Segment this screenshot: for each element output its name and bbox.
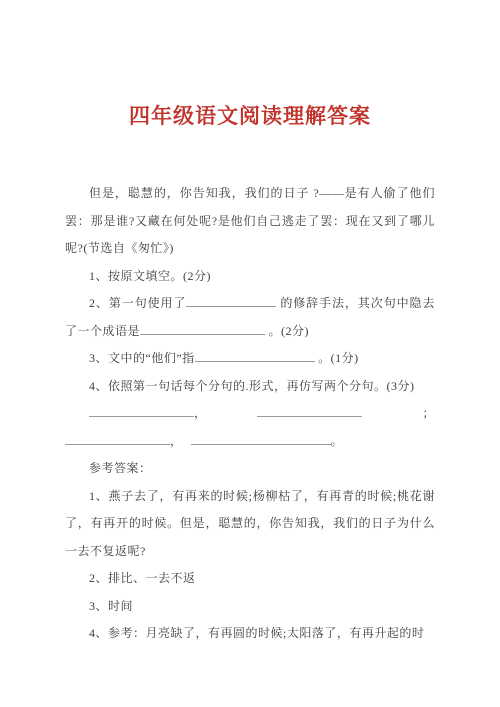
document-page: 四年级语文阅读理解答案 但是，聪慧的，你告知我，我们的日子 ?——是有人偷了他们… <box>0 0 500 707</box>
fill-in-blank-line <box>195 347 315 362</box>
fill-in-blank-line <box>257 402 362 417</box>
answers-heading: 参考答案： <box>65 455 435 483</box>
fill-in-blank-line <box>140 320 265 335</box>
document-body: 但是，聪慧的，你告知我，我们的日子 ?——是有人偷了他们罢：那是谁?又藏在何处呢… <box>65 180 435 648</box>
question-2-text-pre: 2、第一句使用了 <box>89 296 186 310</box>
fill-in-blank-line <box>89 402 194 417</box>
fill-in-blank-line <box>191 430 331 445</box>
answer-blank-row-1: ；， <box>65 400 435 428</box>
blank-row-2-comma: ， <box>170 434 183 448</box>
question-3-text-post: 。(1分) <box>315 351 359 365</box>
blank-row-1-semicolon: ； <box>398 400 435 428</box>
question-3-text-pre: 3、文中的“他们”指 <box>89 351 195 365</box>
question-4: 4、依照第一句话每个分句的.形式，再仿写两个分句。(3分) <box>65 373 435 401</box>
passage-paragraph: 但是，聪慧的，你告知我，我们的日子 ?——是有人偷了他们罢：那是谁?又藏在何处呢… <box>65 180 435 263</box>
blank-row-1-comma: ， <box>194 406 207 420</box>
answer-blank-row-2: ，。 <box>65 428 435 456</box>
blank-row-2-period: 。 <box>331 434 344 448</box>
answer-1: 1、燕子去了，有再来的时候;杨柳枯了，有再青的时候;桃花谢了，有再开的时候。但是… <box>65 483 435 566</box>
answer-4: 4、参考：月亮缺了，有再圆的时候;太阳落了，有再升起的时 <box>65 620 435 648</box>
answer-3: 3、时间 <box>65 593 435 621</box>
page-title: 四年级语文阅读理解答案 <box>65 100 435 133</box>
question-3: 3、文中的“他们”指 。(1分) <box>65 345 435 373</box>
question-1: 1、按原文填空。(2分) <box>65 263 435 291</box>
question-2-text-post: 。(2分) <box>265 324 309 338</box>
fill-in-blank-line <box>186 292 276 307</box>
answer-2: 2、排比、一去不返 <box>65 565 435 593</box>
fill-in-blank-line <box>65 430 170 445</box>
question-2: 2、第一句使用了 的修辞手法，其次句中隐去了一个成语是 。(2分) <box>65 290 435 345</box>
